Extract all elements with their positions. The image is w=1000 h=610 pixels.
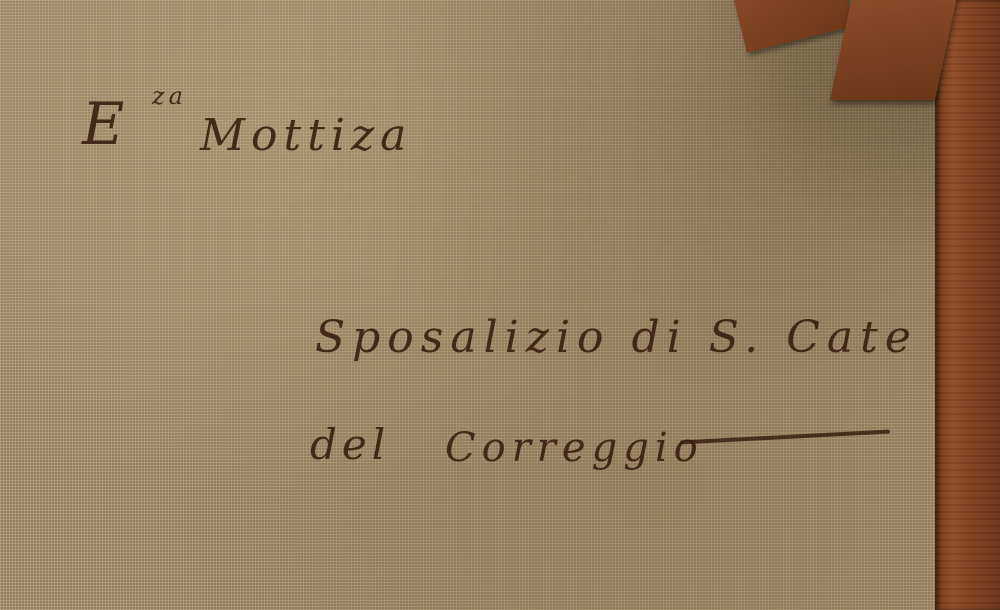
wood-grain — [935, 0, 1000, 610]
inscription-superscript: za — [152, 82, 187, 110]
inscription-artist-name: Correggio — [445, 425, 704, 471]
inscription-owner-name: Mottiza — [200, 110, 412, 161]
canvas-back-photo: E za Mottiza Sposalizio di S. Cate del C… — [0, 0, 1000, 610]
inscription-attribution-prefix: del — [310, 420, 390, 469]
inscription-abbreviation: E — [82, 90, 128, 158]
inscription-title: Sposalizio di S. Cate — [315, 312, 918, 363]
